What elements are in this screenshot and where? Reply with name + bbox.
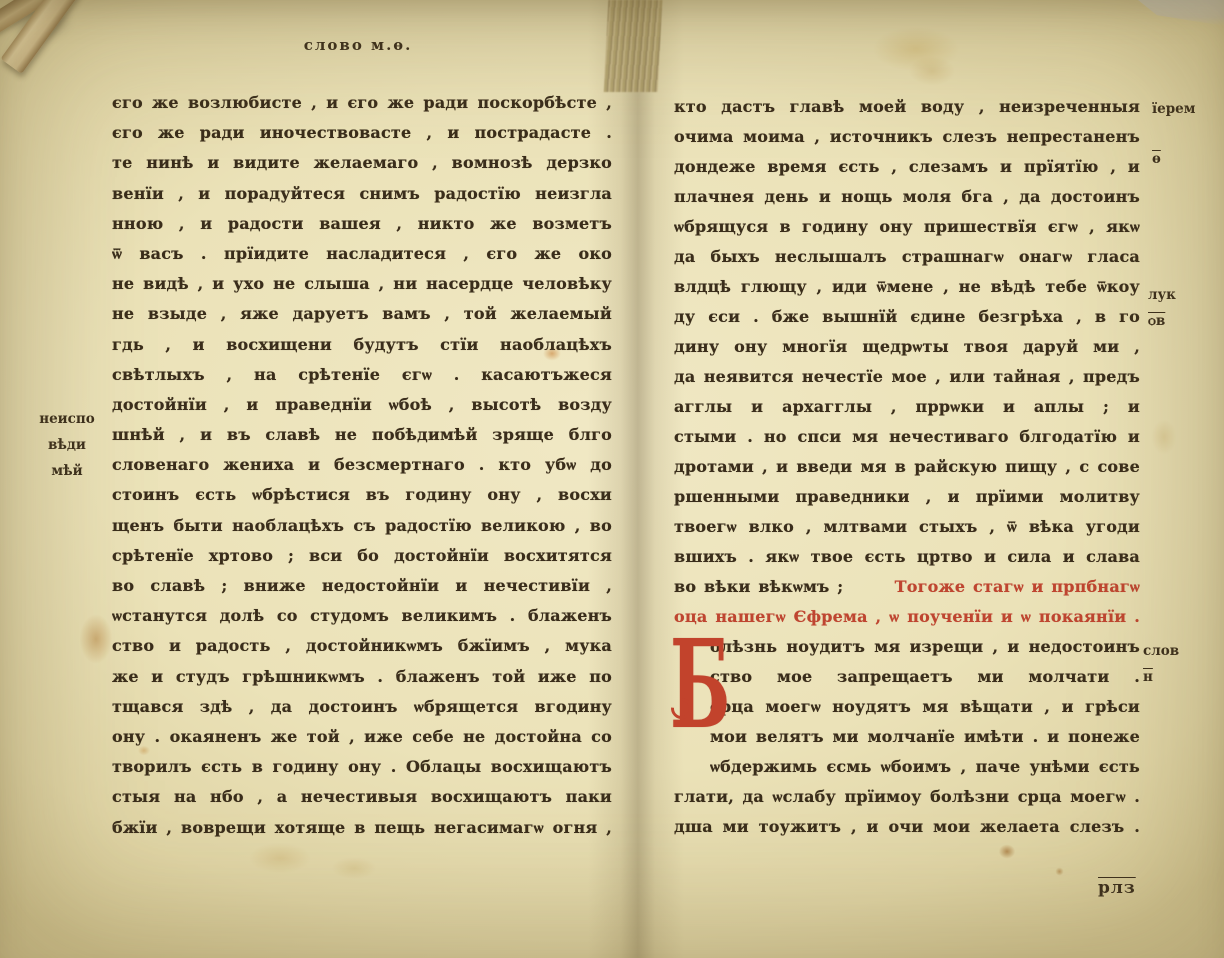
paper-stain xyxy=(856,18,976,80)
text-line: ство и радость , достойникѡмъ бжїимъ , м… xyxy=(112,631,612,661)
doxology-ending: во вѣки вѣкѡмъ ; xyxy=(674,572,843,602)
text-line: ство мое запрещаетъ ми молчати . болѣзни xyxy=(710,662,1140,692)
paper-stain xyxy=(899,50,965,92)
right-page-text: кто дастъ главѣ моей воду , неизреченныя… xyxy=(674,92,1140,842)
sermon-number: н xyxy=(1143,664,1203,690)
margin-note-line: вѣди xyxy=(26,432,108,458)
text-line: дротами , и введи мя в райскую пищу , с … xyxy=(674,452,1140,482)
text-line: кто дастъ главѣ моей воду , неизреченныя xyxy=(674,92,1140,122)
text-line: достойнїи , и праведнїи ѡбоѣ , высотѣ во… xyxy=(112,390,612,420)
text-line: влдцѣ глющу , иди ѿмене , не вѣдѣ тебе ѿ… xyxy=(674,272,1140,302)
text-line: єго же возлюбисте , и єго же ради поскор… xyxy=(112,88,612,118)
text-line: те нинѣ и видите желаемаго , вомнозѣ дер… xyxy=(112,148,612,178)
text-line: срца моегѡ ноудятъ мя вѣщати , и грѣси xyxy=(710,692,1140,722)
text-line: олѣзнь ноудитъ мя изрещи , и недостоинъ xyxy=(710,632,1140,662)
margin-citation-luke: лук ѻв xyxy=(1148,282,1208,334)
text-line: ѡбдержимь єсмь ѡбоимъ , паче унѣми єсть xyxy=(710,752,1140,782)
drop-cap-initial: Б xyxy=(670,628,730,740)
text-line: дину ону многїя щедрѡты твоя даруй ми , xyxy=(674,332,1140,362)
text-line: ду єси . бже вышнїй єдине безгрѣха , в г… xyxy=(674,302,1140,332)
citation-chapter: ѳ xyxy=(1152,146,1212,172)
text-line: глати, да ѡслабу прїимоу болѣзни срца мо… xyxy=(674,782,1140,812)
text-line: же и студъ грѣшникѡмъ . блаженъ той иже … xyxy=(112,662,612,692)
text-line: дондеже время єсть , слезамъ и прїятїю ,… xyxy=(674,152,1140,182)
text-line: творилъ єсть в годину ону . Облацы восхи… xyxy=(112,752,612,782)
text-line: не видѣ , и ухо не слыша , ни насердце ч… xyxy=(112,269,612,299)
text-line: дша ми тоужитъ , и очи мои желаета слезъ… xyxy=(674,812,1140,842)
citation-book: лук xyxy=(1148,282,1208,308)
text-line: плачнея день и нощь моля бга , да достои… xyxy=(674,182,1140,212)
text-line: словенаго жениха и безсмертнаго . кто уб… xyxy=(112,450,612,480)
text-line: нною , и радости вашея , никто же возмет… xyxy=(112,209,612,239)
text-line: свѣтлыхъ , на срѣтенїе єгѡ . касаютъжеся xyxy=(112,360,612,390)
text-line: мои велятъ ми молчанїе имѣти . и понеже xyxy=(710,722,1140,752)
text-line: очима моима , источникъ слезъ непрестане… xyxy=(674,122,1140,152)
page-edges-top xyxy=(604,0,663,92)
paper-stain xyxy=(996,842,1018,861)
text-line: стыми . но спси мя нечестиваго блгодатїю… xyxy=(674,422,1140,452)
text-line: не взыде , яже даруетъ вамъ , той желаем… xyxy=(112,299,612,329)
citation-book: їерем xyxy=(1152,96,1212,122)
book-spread-photo: слово м.ѳ. неисповѣдимѣй єго же возлюбис… xyxy=(0,0,1224,958)
margin-note-line: неиспо xyxy=(26,406,108,432)
rubric-heading-start: Тогоже стагѡ и прпбнагѡ xyxy=(895,572,1140,602)
text-line: твоегѡ влко , млтвами стыхъ , ѿ вѣка уго… xyxy=(674,512,1140,542)
text-line: да быхъ неслышалъ страшнагѡ онагѡ гласа xyxy=(674,242,1140,272)
citation-chapter: ѻв xyxy=(1148,308,1208,334)
text-line: ѡстанутся долѣ со студомъ великимъ . бла… xyxy=(112,601,612,631)
text-line-mixed: во вѣки вѣкѡмъ ; Тогоже стагѡ и прпбнагѡ xyxy=(674,572,1140,602)
text-line: срѣтенїе хртово ; вси бо достойнїи восхи… xyxy=(112,541,612,571)
text-line: вшихъ . якѡ твое єсть цртво и сила и сла… xyxy=(674,542,1140,572)
text-line: стыя на нбо , а нечестивыя восхищаютъ па… xyxy=(112,782,612,812)
text-line: щенъ быти наоблацѣхъ съ радостїю великою… xyxy=(112,511,612,541)
left-page-text: єго же возлюбисте , и єго же ради поскор… xyxy=(112,88,612,843)
paper-stain xyxy=(322,852,386,884)
text-line: шнѣй , и въ славѣ не побѣдимѣй зряще блг… xyxy=(112,420,612,450)
text-line: стоинъ єсть ѡбрѣстися въ годину ону , во… xyxy=(112,480,612,510)
paper-stain xyxy=(1146,412,1182,462)
margin-citation-jeremiah: їерем ѳ xyxy=(1152,96,1212,172)
text-line: ршенными праведники , и прїими молитву р… xyxy=(674,482,1140,512)
opening-paragraph: Б олѣзнь ноудитъ мя изрещи , и недостоин… xyxy=(674,632,1140,842)
left-margin-note: неисповѣдимѣй xyxy=(26,406,108,484)
paper-stain xyxy=(1054,866,1065,877)
text-line: єго же ради иночествовасте , и пострадас… xyxy=(112,118,612,148)
right-page-lines: кто дастъ главѣ моей воду , неизреченныя… xyxy=(674,92,1140,572)
text-line: гдь , и восхищени будутъ стїи наоблацѣхъ xyxy=(112,330,612,360)
margin-note-sermon-number: слов н xyxy=(1143,638,1203,690)
paragraph-lines: олѣзнь ноудитъ мя изрещи , и недостоинъс… xyxy=(674,632,1140,842)
text-line: агглы и архагглы , пррѡки и аплы ; и пра… xyxy=(674,392,1140,422)
text-line: бжїи , воврещи хотяще в пещь негасимагѡ … xyxy=(112,813,612,843)
background-surface-corner xyxy=(1138,0,1224,26)
text-line: да неявится нечестїе мое , или тайная , … xyxy=(674,362,1140,392)
drop-cap-box: Б xyxy=(674,632,710,774)
left-page-lines: єго же возлюбисте , и єго же ради поскор… xyxy=(112,88,612,843)
folio-number: рлз xyxy=(1098,878,1136,898)
running-title: слово м.ѳ. xyxy=(288,36,428,54)
text-line: венїи , и порадуйтеся снимъ радостїю неи… xyxy=(112,179,612,209)
text-line: ону . окаяненъ же той , иже себе не дост… xyxy=(112,722,612,752)
margin-note-line: мѣй xyxy=(26,458,108,484)
sermon-word: слов xyxy=(1143,638,1203,664)
text-line: ѿ васъ . прїидите насладитеся , єго же о… xyxy=(112,239,612,269)
text-line: во славѣ ; вниже недостойнїи и нечестивї… xyxy=(112,571,612,601)
text-line: тщався здѣ , да достоинъ ѡбрящется вгоди… xyxy=(112,692,612,722)
rubric-heading-line: оца нашегѡ Єфрема , ѡ поученїи и ѡ покая… xyxy=(674,602,1140,632)
text-line: ѡбрящуся в годину ону пришествїя єгѡ , я… xyxy=(674,212,1140,242)
